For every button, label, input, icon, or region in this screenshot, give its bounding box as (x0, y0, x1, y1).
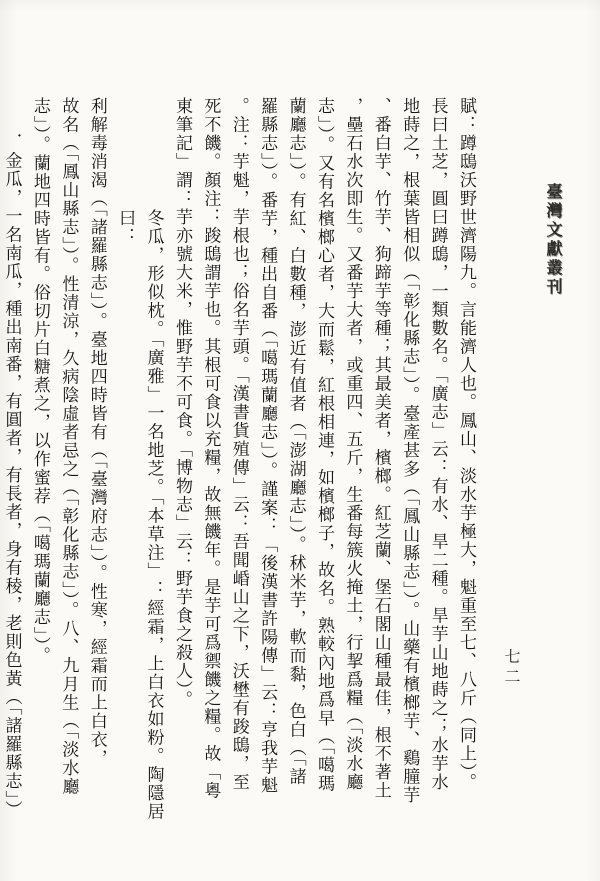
text-column: 故名（「鳳山縣志」）。性清涼，久病陰虛者忌之（「彰化縣志」）。八、九月生（「淡水… (54, 97, 82, 825)
text-column: 賦：蹲鴟沃野世濟陽九。言能濟人也。鳳山、淡水芋極大，魁重至七、八斤（同上）。 (452, 97, 480, 825)
text-column: 死不饑。顏注：踆鴟謂芋也。其根可食以充糧，故無饑年。是芋可爲禦饑之糧。故「粵 (196, 97, 224, 825)
text-column: 利解毒消渴（「諸羅縣志」）。臺地四時皆有（「臺灣府志」）。性寒，經霜而上白衣， (82, 97, 110, 825)
text-column: 志」）。蘭地四時皆有。俗切片白糖煮之，以作蜜荐（「噶瑪蘭廳志」）。 (26, 97, 54, 825)
text-column: 志」）。又有名檳榔心者，大而鬆，紅根相連，如檳榔子，故名。熟較內地爲早（「噶瑪 (310, 97, 338, 825)
page-number: 七二 (499, 648, 522, 688)
text-column: 羅縣志」）。番芋，種出自番（「噶瑪蘭廳志」）。謹案：「後漢書許陽傳」云：亨我芋魁 (253, 97, 281, 825)
text-column: ，壘石水次即生。又番芋大者，或重四、五斤，生番每簇火掩土，行挈爲糧（「淡水廳 (338, 97, 366, 825)
text-column: 蘭廳志」）。有紅、白數種，澎近有值者（「澎湖廳志」）。秫米芋，軟而黏，色白（「諸 (281, 97, 309, 825)
scanned-book-page: 臺灣文獻叢刊 七二 賦：蹲鴟沃野世濟陽九。言能濟人也。鳳山、淡水芋極大，魁重至七… (0, 0, 600, 881)
text-column-entry-donggua: 冬瓜，形似枕。「廣雅」一名地芝。「本草注」：經霜，上白衣如粉。陶隱居曰： (111, 97, 168, 825)
text-column-entry-jingua: ．金瓜，一名南瓜，種出南番，有圓者，有長者，身有稜，老則色黃（「諸羅縣志」） (0, 97, 26, 825)
text-column: 。注：芋魁，芋根也；俗名芋頭。「漢書貨殖傳」云：吾聞崏山之下，沃壄有踆鴟，至 (224, 97, 252, 825)
text-column: 、番白芋、竹芋、狗蹄芋等種；其最美者，檳榔。紅芝蘭、堡石閣山種最佳，根不著土 (366, 97, 394, 825)
text-column: 地蒔之，根葉皆相似（「彰化縣志」）。臺產甚多（「鳳山縣志」）。山藥有檳榔芋、鷄朣… (395, 97, 423, 825)
main-text-block: 賦：蹲鴟沃野世濟陽九。言能濟人也。鳳山、淡水芋極大，魁重至七、八斤（同上）。 長… (22, 97, 480, 825)
running-head-title: 臺灣文獻叢刊 (541, 183, 564, 297)
text-column: 長曰土芝，圓曰蹲鴟，一類數名。「廣志」云：有水、旱二種。旱芋山地蒔之；水芋水 (423, 97, 451, 825)
text-column: 東筆記」謂：芋亦號大米，惟野芋不可食。「博物志」云：野芋食之殺人）。 (168, 97, 196, 825)
